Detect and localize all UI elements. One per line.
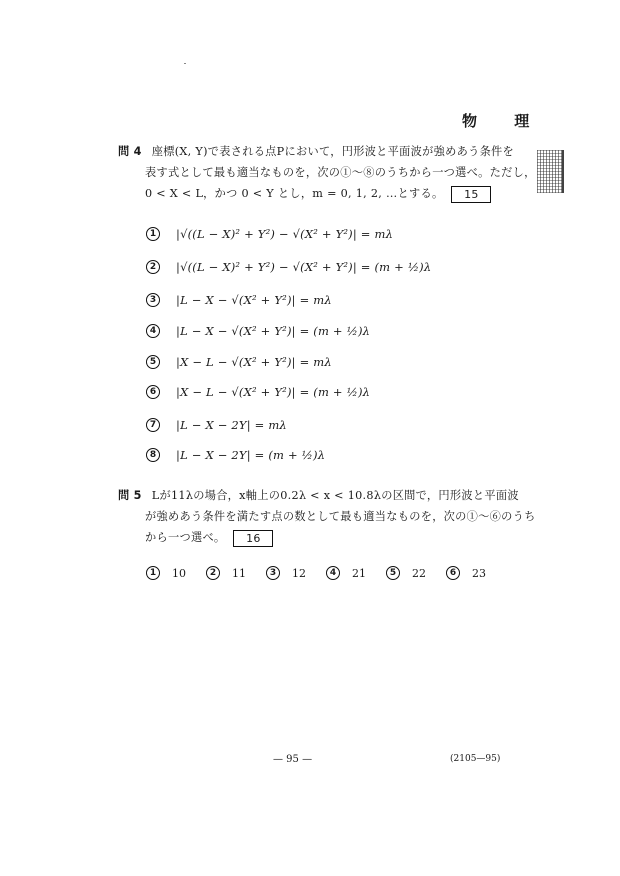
option-expression: |L − X − 2Y| = (m + ½)λ	[176, 448, 325, 462]
option-expression: |√((L − X)² + Y²) − √(X² + Y²)| = (m + ½…	[176, 260, 431, 274]
option-expression: |X − L − √(X² + Y²)| = mλ	[176, 355, 332, 369]
circled-number-7: 7	[146, 418, 160, 432]
q4-line-1: 問 4座標(X, Y)で表される点Pにおいて，円形波と平面波が強めあう条件を	[118, 143, 514, 161]
answer-box-16[interactable]: 16	[233, 530, 273, 547]
q5-choice-3[interactable]: 3 12	[266, 566, 326, 580]
q5-choice-6[interactable]: 6 23	[446, 566, 506, 580]
q5-line-1: 問 5Lが11λの場合，x軸上の0.2λ < x < 10.8λの区間で，円形波…	[118, 487, 519, 505]
q5-choice-1[interactable]: 1 10	[146, 566, 206, 580]
answer-box-15[interactable]: 15	[451, 186, 491, 203]
q4-option-5[interactable]: 5 |X − L − √(X² + Y²)| = mλ	[146, 355, 332, 369]
q5-choices: 1 10 2 11 3 12 4 21 5 22 6 23	[146, 566, 506, 580]
side-index-tab	[537, 150, 564, 193]
circled-number-1: 1	[146, 227, 160, 241]
q4-option-1[interactable]: 1 |√((L − X)² + Y²) − √(X² + Y²)| = mλ	[146, 227, 393, 241]
q5-choice-2[interactable]: 2 11	[206, 566, 266, 580]
q4-line-3: 0 < X < L，かつ 0 < Y とし，m = 0, 1, 2, …とする。…	[145, 185, 491, 203]
q5-choice-5[interactable]: 5 22	[386, 566, 446, 580]
circled-number-6: 6	[446, 566, 460, 580]
q4-option-6[interactable]: 6 |X − L − √(X² + Y²)| = (m + ½)λ	[146, 385, 370, 399]
circled-number-1: 1	[146, 566, 160, 580]
circled-number-8: 8	[146, 448, 160, 462]
circled-number-3: 3	[266, 566, 280, 580]
scan-speck	[184, 63, 186, 64]
option-expression: |L − X − √(X² + Y²)| = mλ	[176, 293, 332, 307]
circled-number-2: 2	[206, 566, 220, 580]
q5-line-3: から一つ選べ。16	[145, 529, 273, 547]
q5-choice-4[interactable]: 4 21	[326, 566, 386, 580]
q4-option-2[interactable]: 2 |√((L − X)² + Y²) − √(X² + Y²)| = (m +…	[146, 260, 431, 274]
option-expression: |X − L − √(X² + Y²)| = (m + ½)λ	[176, 385, 370, 399]
q5-line-2: が強めあう条件を満たす点の数として最も適当なものを，次の①〜⑥のうち	[145, 508, 536, 526]
circled-number-5: 5	[146, 355, 160, 369]
circled-number-5: 5	[386, 566, 400, 580]
q4-number: 問 4	[118, 145, 142, 158]
option-expression: |L − X − √(X² + Y²)| = (m + ½)λ	[176, 324, 370, 338]
q4-option-4[interactable]: 4 |L − X − √(X² + Y²)| = (m + ½)λ	[146, 324, 370, 338]
circled-number-3: 3	[146, 293, 160, 307]
subject-heading: 物 理	[462, 110, 545, 131]
q4-line-2: 表す式として最も適当なものを，次の①〜⑧のうちから一つ選べ。ただし，	[145, 164, 536, 182]
q4-option-7[interactable]: 7 |L − X − 2Y| = mλ	[146, 418, 287, 432]
q4-option-8[interactable]: 8 |L − X − 2Y| = (m + ½)λ	[146, 448, 325, 462]
circled-number-2: 2	[146, 260, 160, 274]
circled-number-6: 6	[146, 385, 160, 399]
page-number: — 95 —	[273, 754, 312, 765]
option-expression: |L − X − 2Y| = mλ	[176, 418, 287, 432]
page-code: (2105—95)	[450, 754, 500, 764]
option-expression: |√((L − X)² + Y²) − √(X² + Y²)| = mλ	[176, 227, 393, 241]
circled-number-4: 4	[326, 566, 340, 580]
q5-number: 問 5	[118, 489, 142, 502]
q4-option-3[interactable]: 3 |L − X − √(X² + Y²)| = mλ	[146, 293, 332, 307]
circled-number-4: 4	[146, 324, 160, 338]
